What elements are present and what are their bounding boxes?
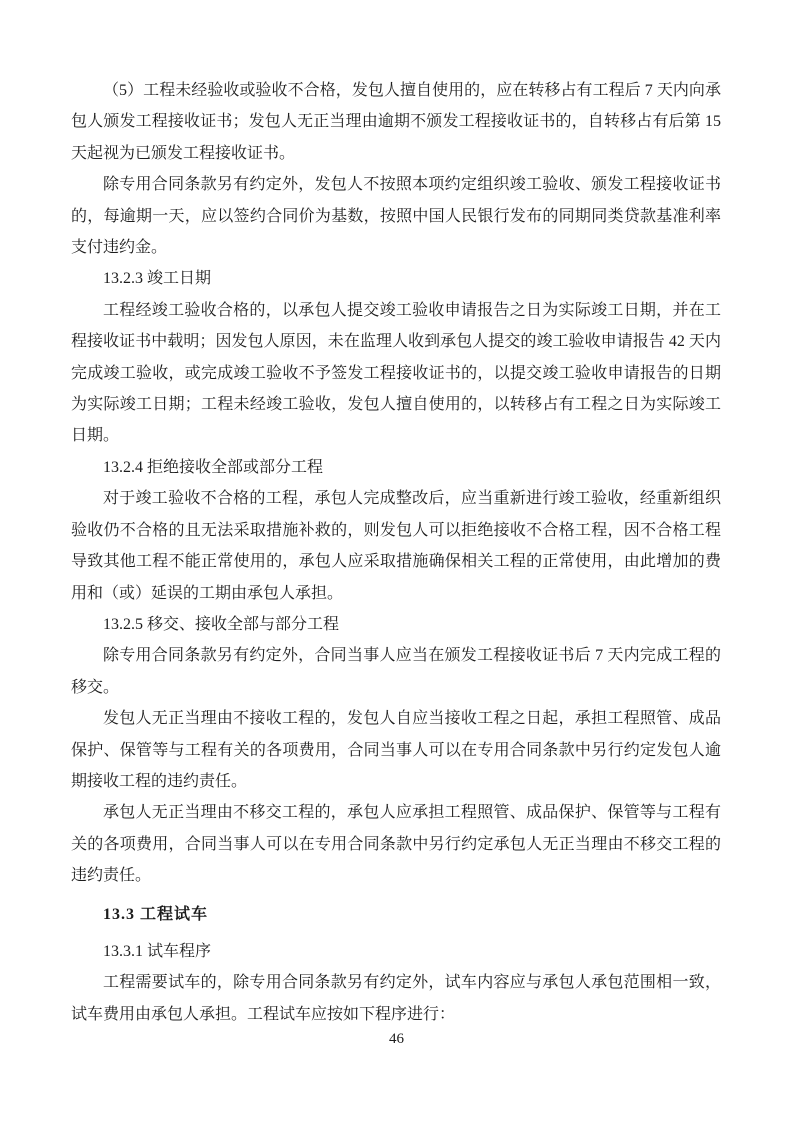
paragraph: 除专用合同条款另有约定外，合同当事人应当在颁发工程接收证书后 7 天内完成工程的… [71, 640, 721, 703]
paragraph: 对于竣工验收不合格的工程，承包人完成整改后，应当重新进行竣工验收，经重新组织验收… [71, 483, 721, 609]
paragraph: 工程经竣工验收合格的，以承包人提交竣工验收申请报告之日为实际竣工日期，并在工程接… [71, 295, 721, 452]
paragraph: 发包人无正当理由不接收工程的，发包人自应当接收工程之日起，承担工程照管、成品保护… [71, 703, 721, 797]
document-body: （5）工程未经验收或验收不合格，发包人擅自使用的，应在转移占有工程后 7 天内向… [71, 75, 721, 1030]
paragraph: 工程需要试车的，除专用合同条款另有约定外，试车内容应与承包人承包范围相一致，试车… [71, 967, 721, 1030]
paragraph: （5）工程未经验收或验收不合格，发包人擅自使用的，应在转移占有工程后 7 天内向… [71, 75, 721, 169]
subsection-heading: 13.2.3 竣工日期 [71, 263, 721, 294]
section-heading: 13.3 工程试车 [71, 899, 721, 930]
document-page: （5）工程未经验收或验收不合格，发包人擅自使用的，应在转移占有工程后 7 天内向… [0, 0, 793, 1122]
subsection-heading: 13.3.1 试车程序 [71, 936, 721, 967]
paragraph: 除专用合同条款另有约定外，发包人不按照本项约定组织竣工验收、颁发工程接收证书的，… [71, 169, 721, 263]
subsection-heading: 13.2.5 移交、接收全部与部分工程 [71, 609, 721, 640]
page-footer: 46 [0, 1029, 793, 1049]
page-number: 46 [389, 1031, 404, 1047]
subsection-heading: 13.2.4 拒绝接收全部或部分工程 [71, 452, 721, 483]
paragraph: 承包人无正当理由不移交工程的，承包人应承担工程照管、成品保护、保管等与工程有关的… [71, 797, 721, 891]
